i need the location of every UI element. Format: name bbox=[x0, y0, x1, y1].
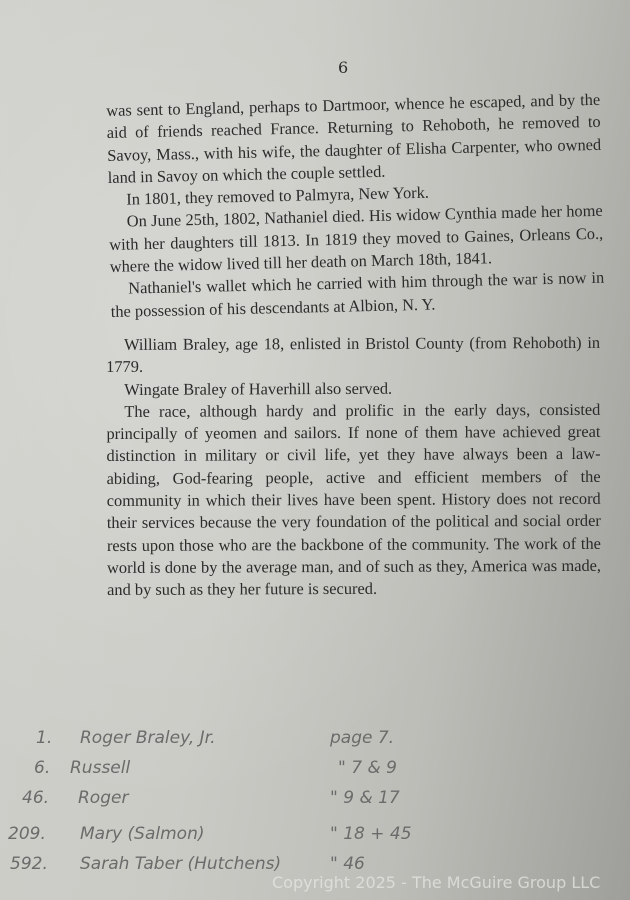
note-ref: page 7. bbox=[330, 728, 394, 748]
paragraph: On June 25th, 1802, Nathaniel died. His … bbox=[109, 200, 604, 278]
note-line: 1. Roger Braley, Jr. page 7. bbox=[0, 728, 630, 754]
note-number: 46. bbox=[22, 788, 49, 808]
note-name: Sarah Taber (Hutchens) bbox=[80, 854, 281, 874]
note-number: 1. bbox=[36, 728, 52, 748]
note-name: Roger bbox=[78, 788, 128, 808]
paragraph: Wingate Braley of Haverhill also served. bbox=[106, 376, 600, 400]
body-text-upper: was sent to England, perhaps to Dartmoor… bbox=[106, 89, 605, 323]
book-page: 6 was sent to England, perhaps to Dartmo… bbox=[0, 0, 630, 900]
note-line: 6. Russell " 7 & 9 bbox=[0, 758, 630, 784]
note-ref: " 9 & 17 bbox=[330, 788, 400, 808]
page-number: 6 bbox=[338, 58, 348, 77]
note-number: 209. bbox=[8, 824, 46, 844]
body-text-lower: William Braley, age 18, enlisted in Bris… bbox=[106, 332, 601, 602]
note-line: 209. Mary (Salmon) " 18 + 45 bbox=[0, 824, 630, 850]
note-number: 592. bbox=[10, 854, 48, 874]
paragraph: William Braley, age 18, enlisted in Bris… bbox=[106, 332, 600, 379]
note-number: 6. bbox=[34, 758, 50, 778]
note-line: 46. Roger " 9 & 17 bbox=[0, 788, 630, 814]
paragraph: The race, although hardy and prolific in… bbox=[106, 399, 601, 602]
note-ref: " 7 & 9 bbox=[338, 758, 397, 778]
note-name: Mary (Salmon) bbox=[80, 824, 204, 844]
note-ref: " 18 + 45 bbox=[330, 824, 412, 844]
note-name: Roger Braley, Jr. bbox=[80, 728, 216, 748]
copyright-watermark: Copyright 2025 - The McGuire Group LLC bbox=[272, 873, 600, 892]
paragraph: was sent to England, perhaps to Dartmoor… bbox=[106, 89, 602, 189]
note-ref: " 46 bbox=[330, 854, 365, 874]
note-name: Russell bbox=[70, 758, 130, 778]
